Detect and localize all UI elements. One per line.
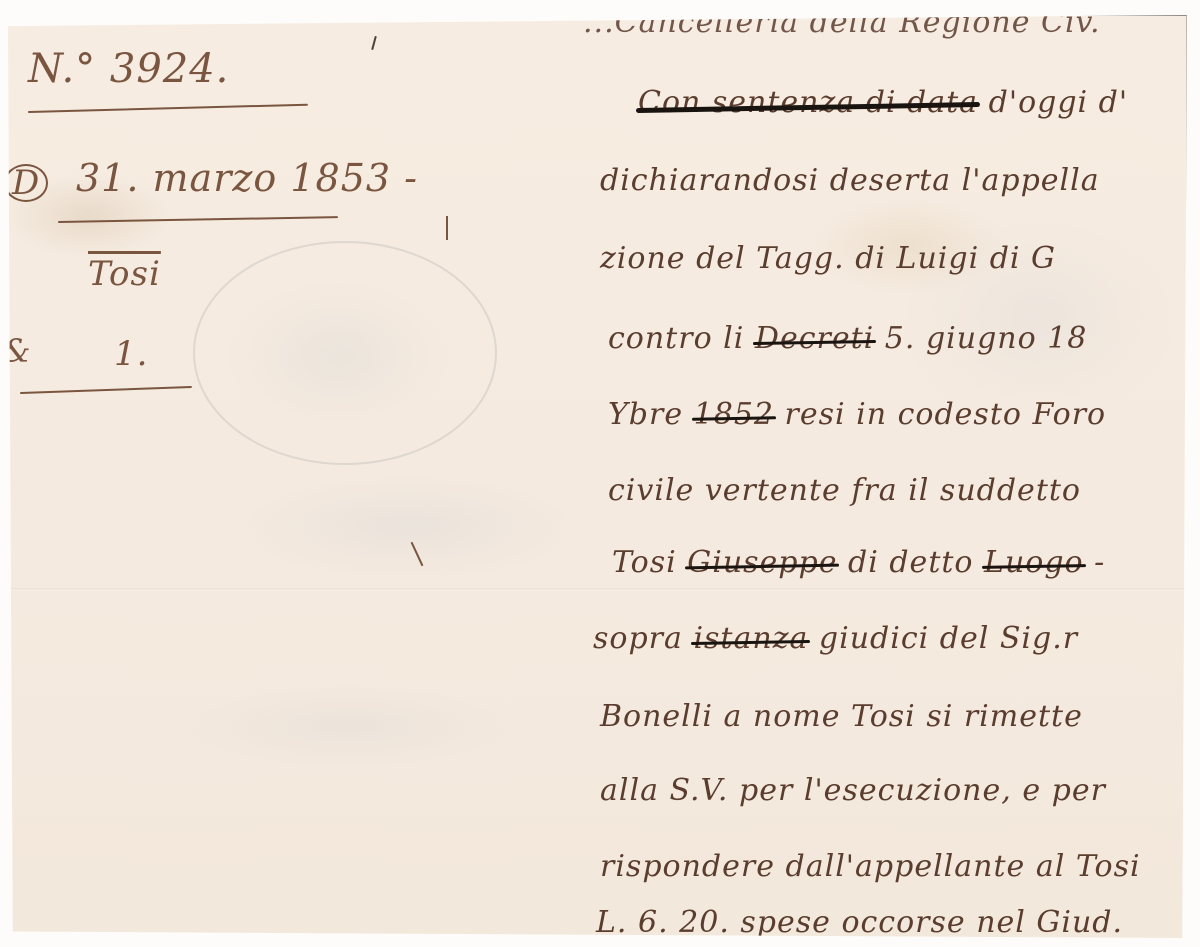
body-line-9: Bonelli a nome Tosi si rimette [600, 702, 1083, 732]
body-line-partial-top: ...Cancelleria della Regione Civ. [583, 8, 1100, 38]
struck-text: Con sentenza di data [638, 88, 978, 118]
struck-text: istanza [693, 624, 808, 654]
line-text: sopra [593, 621, 693, 656]
line-text: dichiarandosi deserta l'appella [600, 163, 1100, 198]
margin-date: 31. marzo 1853 - [76, 156, 418, 200]
ink-stroke [411, 542, 424, 566]
paper-sheet: N.° 3924. D 31. marzo 1853 - Tosi & 1. .… [8, 15, 1187, 938]
struck-text: 1852 [694, 400, 774, 430]
body-line-3: zione del Tagg. di Luigi di G [600, 244, 1056, 274]
line-text: d'oggi d' [978, 85, 1128, 120]
line-text: giudici del Sig.r [808, 621, 1078, 656]
paper-fold-line [8, 588, 1186, 591]
line-text: Ybre [608, 397, 694, 432]
body-line-5: Ybre 1852 resi in codesto Foro [608, 400, 1106, 430]
line-text: zione del Tagg. di Luigi di G [600, 241, 1056, 276]
item-count: 1. [114, 334, 148, 374]
body-line-10: alla S.V. per l'esecuzione, e per [600, 776, 1106, 806]
protocol-number: N.° 3924. [28, 46, 229, 92]
line-text: L. 6. 20. spese occorse nel Giud. [596, 905, 1123, 940]
line-text: civile vertente fra il suddetto [608, 473, 1081, 508]
body-line-1: Con sentenza di data d'oggi d' [638, 88, 1128, 118]
struck-text: Luogo [984, 548, 1084, 578]
line-text: rispondere dall'appellante al Tosi [600, 849, 1141, 884]
date-marker-circle: D [4, 164, 48, 202]
body-line-2: dichiarandosi deserta l'appella [600, 166, 1100, 196]
body-line-6: civile vertente fra il suddetto [608, 476, 1081, 506]
line-text: di detto [837, 545, 984, 580]
line-text: resi in codesto Foro [774, 397, 1106, 432]
item-marker: & [2, 332, 31, 370]
line-text: Tosi [612, 545, 687, 580]
line-text: contro li [608, 321, 755, 356]
line-text: alla S.V. per l'esecuzione, e per [600, 773, 1106, 808]
rule-under-date [58, 216, 338, 223]
body-line-8: sopra istanza giudici del Sig.r [593, 624, 1078, 654]
body-line-11: rispondere dall'appellante al Tosi [600, 852, 1141, 882]
body-line-4: contro li Decreti 5. giugno 18 [608, 324, 1087, 354]
document-scan: N.° 3924. D 31. marzo 1853 - Tosi & 1. .… [0, 0, 1200, 947]
struck-text: Giuseppe [687, 548, 837, 578]
body-line-12: L. 6. 20. spese occorse nel Giud. [596, 908, 1123, 938]
margin-name: Tosi [88, 254, 161, 294]
line-text: Bonelli a nome Tosi si rimette [600, 699, 1083, 734]
ink-stroke [446, 216, 448, 240]
faint-oval-stamp [193, 241, 497, 465]
struck-text: Decreti [755, 324, 874, 354]
line-text: 5. giugno 18 [874, 321, 1087, 356]
rule-under-count [20, 386, 192, 394]
body-line-7: Tosi Giuseppe di detto Luogo - [612, 548, 1105, 578]
rule-under-number [28, 104, 308, 113]
ink-speck [371, 36, 377, 50]
line-text: - [1084, 545, 1106, 580]
